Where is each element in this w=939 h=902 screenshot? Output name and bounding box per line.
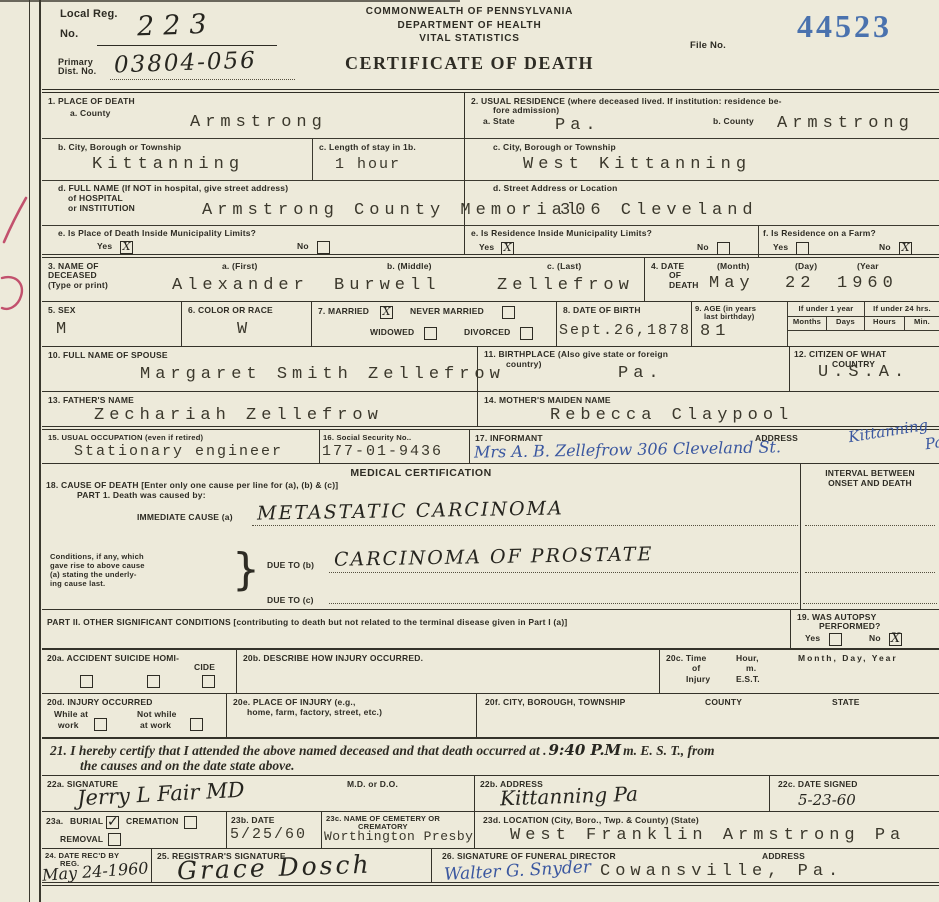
- interval-column: INTERVAL BETWEEN ONSET AND DEATH: [801, 464, 939, 609]
- local-reg-no-label: No.: [60, 28, 78, 41]
- s21-text2: m. E. S. T., from: [623, 743, 714, 758]
- s26-address-value: Cowansville, Pa.: [600, 862, 843, 881]
- s2f-yes-checkbox: [796, 242, 809, 255]
- s4-year-label: (Year: [857, 261, 879, 271]
- s26-signature-value: Walter G. Snyder: [444, 857, 592, 885]
- header: Local Reg. No. 223 Primary Dist. No. 038…: [42, 0, 939, 89]
- s8-label: 8. DATE OF BIRTH: [563, 305, 641, 315]
- local-reg-label: Local Reg.: [60, 8, 118, 21]
- row-physician-signature: 22a. SIGNATURE M.D. or D.O. Jerry L Fair…: [42, 776, 939, 812]
- s2a-label: a. State: [483, 116, 515, 126]
- s3-first-value: Alexander: [172, 276, 309, 295]
- section-23d-location: 23d. LOCATION (City, Boro., Twp. & Count…: [475, 812, 939, 848]
- s17-informant-state: Pa: [924, 433, 939, 454]
- s18-cause-b-line: [329, 572, 798, 573]
- section-26-funeral-director: 26. SIGNATURE OF FUNERAL DIRECTOR ADDRES…: [432, 849, 939, 882]
- section-4-date-of-death: 4. DATE OF DEATH (Month) (Day) (Year May…: [645, 258, 939, 301]
- s23a-cremation-label: CREMATION: [126, 816, 179, 826]
- s10-value: Margaret Smith Zellefrow: [140, 365, 505, 384]
- s15-label: 15. USUAL OCCUPATION (even if retired): [48, 433, 203, 442]
- section-24-date-received: 24. DATE REC'D BY REG. May 24-1960: [42, 849, 152, 882]
- s2-title2: fore admission): [493, 105, 559, 115]
- s11-value: Pa.: [618, 364, 664, 383]
- s16-label: 16. Social Security No..: [323, 433, 411, 442]
- s1c-value: 1 hour: [335, 156, 401, 173]
- s19-yes-checkbox: [829, 633, 842, 646]
- interval-label2: ONSET AND DEATH: [801, 478, 939, 488]
- s1d-label3: or INSTITUTION: [68, 203, 135, 213]
- s7-never-checkbox: [502, 306, 515, 319]
- s20a-accident-checkbox: [80, 675, 93, 688]
- s20c-hour-label: Hour,: [736, 653, 759, 663]
- s23a-cremation-checkbox: [184, 816, 197, 829]
- s20e-label1: 20e. PLACE OF INJURY (e.g.,: [233, 697, 356, 707]
- interval-line-c: [803, 603, 937, 604]
- section-23c-cemetery: 23c. NAME OF CEMETERY OR CREMATORY Worth…: [322, 812, 475, 848]
- s1e-no-label: No: [297, 241, 309, 251]
- s14-label: 14. MOTHER'S MAIDEN NAME: [484, 395, 611, 405]
- s18-cause-b-value: CARCINOMA OF PROSTATE: [334, 543, 654, 571]
- section-16-ssn: 16. Social Security No.. 177-01-9436: [320, 430, 470, 463]
- s22c-label: 22c. DATE SIGNED: [778, 779, 858, 789]
- file-no-label: File No.: [690, 40, 726, 51]
- interval-label1: INTERVAL BETWEEN: [801, 468, 939, 478]
- s4-month-value: May: [709, 274, 755, 293]
- department-line: DEPARTMENT OF HEALTH: [297, 20, 642, 32]
- s16-value: 177-01-9436: [322, 443, 443, 460]
- interval-line-b: [805, 572, 935, 573]
- s21-time-value: 9:40 P.M: [548, 741, 621, 759]
- s2d-label: d. Street Address or Location: [493, 183, 618, 193]
- row-sex-race-married-birth-age: 5. SEX M 6. COLOR OR RACE W 7. MARRIED X…: [42, 302, 939, 347]
- s2b-label: b. County: [713, 116, 754, 126]
- commonwealth-line: COMMONWEALTH OF PENNSYLVANIA: [297, 6, 642, 18]
- s21-text1: 21. I hereby certify that I attended the…: [50, 743, 546, 758]
- s22c-date-value: 5-23-60: [798, 791, 856, 809]
- part2-other-conditions: PART II. OTHER SIGNIFICANT CONDITIONS [c…: [42, 610, 791, 648]
- s23a-removal-label: REMOVAL: [60, 834, 103, 844]
- s6-value: W: [237, 320, 252, 339]
- s9-months-label: Months: [788, 317, 827, 331]
- s3-label2: DECEASED: [48, 270, 97, 280]
- s2d-value: 306 Cleveland: [560, 201, 758, 220]
- s19-no-label: No: [869, 633, 881, 643]
- s1d-label2: of HOSPITAL: [68, 193, 123, 203]
- s18-due-c-label: DUE TO (c): [267, 595, 314, 605]
- s19-label2: PERFORMED?: [819, 621, 881, 631]
- s4-month-label: (Month): [717, 261, 750, 271]
- s7-never-label: NEVER MARRIED: [410, 306, 484, 316]
- s2f-no-label: No: [879, 242, 891, 252]
- s20c-label1: 20c. Time: [666, 653, 706, 663]
- s20a-label-wrap: CIDE: [194, 662, 215, 672]
- s1b-label: b. City, Borough or Township: [58, 142, 181, 152]
- s20f-label: 20f. CITY, BOROUGH, TOWNSHIP: [485, 697, 626, 707]
- s18-conditions3: (a) stating the underly-: [50, 570, 137, 579]
- s5-label: 5. SEX: [48, 305, 76, 315]
- section-9-age: 9. AGE (in years last birthday) 81 If un…: [692, 302, 939, 346]
- s18-label: 18. CAUSE OF DEATH [Enter only one cause…: [46, 480, 338, 490]
- s3-label3: (Type or print): [48, 280, 108, 290]
- s24-label1: 24. DATE REC'D BY: [45, 851, 119, 860]
- s7-widowed-checkbox: [424, 327, 437, 340]
- s23d-label: 23d. LOCATION (City, Boro., Twp. & Count…: [483, 815, 699, 825]
- row-medical-certification: MEDICAL CERTIFICATION 18. CAUSE OF DEATH…: [42, 464, 939, 610]
- s2c-label: c. City, Borough or Township: [493, 142, 616, 152]
- s20d-whileat-label: While at: [54, 709, 88, 719]
- s8-value: Sept.26,1878: [559, 322, 691, 339]
- s18-due-b-label: DUE TO (b): [267, 560, 314, 570]
- s4-day-label: (Day): [795, 261, 817, 271]
- row-part2-autopsy: PART II. OTHER SIGNIFICANT CONDITIONS [c…: [42, 610, 939, 650]
- section-25-registrar-signature: 25. REGISTRAR'S SIGNATURE Grace Dosch: [152, 849, 432, 882]
- section-15-occupation: 15. USUAL OCCUPATION (even if retired) S…: [42, 430, 320, 463]
- row-spouse-birthplace-citizen: 10. FULL NAME OF SPOUSE Margaret Smith Z…: [42, 347, 939, 392]
- s22a-md-label: M.D. or D.O.: [347, 779, 398, 789]
- s1b-value: Kittanning: [92, 155, 244, 174]
- s20b-label: 20b. DESCRIBE HOW INJURY OCCURRED.: [243, 653, 423, 663]
- section-20d-injury-occurred: 20d. INJURY OCCURRED While at work Not w…: [42, 694, 227, 737]
- s12-value: U.S.A.: [818, 363, 909, 382]
- s3a-label: a. (First): [222, 261, 258, 271]
- section-3-name-of-deceased: 3. NAME OF DECEASED (Type or print) a. (…: [42, 258, 645, 301]
- s18-conditions4: ing cause last.: [50, 579, 105, 588]
- row-place-residence: 1. PLACE OF DEATH a. County Armstrong b.…: [42, 93, 939, 258]
- s23a-removal-checkbox: [108, 833, 121, 846]
- s7-married-checkbox: X: [380, 306, 393, 319]
- certificate-form: 1. PLACE OF DEATH a. County Armstrong b.…: [42, 89, 939, 886]
- s25-value: Grace Dosch: [177, 850, 373, 886]
- s1a-label: a. County: [70, 108, 111, 118]
- section-11-birthplace: 11. BIRTHPLACE (Also give state or forei…: [478, 347, 790, 391]
- s1d-value: Armstrong County Memorial: [202, 201, 582, 220]
- s2f-no-checkbox: X: [899, 242, 912, 255]
- s7-divorced-label: DIVORCED: [464, 327, 510, 337]
- dist-no-label: Dist. No.: [58, 66, 96, 77]
- section-20e-place-of-injury: 20e. PLACE OF INJURY (e.g., home, farm, …: [227, 694, 477, 737]
- s1e-no-checkbox: [317, 241, 330, 254]
- s17-informant-value: Mrs A. B. Zellefrow 306 Cleveland St.: [474, 437, 781, 461]
- s24-value: May 24-1960: [41, 858, 149, 884]
- s3-last-value: Zellefrow: [497, 276, 634, 295]
- s13-label: 13. FATHER'S NAME: [48, 395, 134, 405]
- s2a-value: Pa.: [555, 116, 601, 135]
- s20f-county-label: COUNTY: [705, 697, 742, 707]
- s9-days-label: Days: [827, 317, 865, 331]
- s7-married-label: 7. MARRIED: [318, 306, 369, 316]
- s7-widowed-label: WIDOWED: [370, 327, 414, 337]
- s9-under1-label: If under 1 year: [788, 302, 865, 317]
- section-14-mothers-maiden-name: 14. MOTHER'S MAIDEN NAME Rebecca Claypoo…: [478, 392, 939, 426]
- s4-label2: OF: [669, 270, 681, 280]
- s2e-yes-checkbox: X: [501, 242, 514, 255]
- s15-value: Stationary engineer: [74, 443, 283, 460]
- row-name-dateofdeath: 3. NAME OF DECEASED (Type or print) a. (…: [42, 258, 939, 302]
- s2f-yes-label: Yes: [773, 242, 788, 252]
- section-20c-time-of-injury: 20c. Time of Injury Hour, m. E.S.T. Mont…: [660, 650, 939, 693]
- interval-line-a: [805, 525, 935, 526]
- section-12-citizen: 12. CITIZEN OF WHAT COUNTRY U.S.A.: [790, 347, 939, 391]
- medical-certification-title: MEDICAL CERTIFICATION: [42, 467, 800, 480]
- s20e-label2: home, farm, factory, street, etc.): [247, 707, 382, 717]
- s9-value: 81: [700, 322, 730, 341]
- s20d-label: 20d. INJURY OCCURRED: [47, 697, 153, 707]
- s20a-suicide-checkbox: [147, 675, 160, 688]
- s3-middle-value: Burwell: [334, 276, 440, 295]
- section-20a-accident: 20a. ACCIDENT SUICIDE HOMI- CIDE: [42, 650, 237, 693]
- primary-dist-number: 03804-056: [114, 48, 258, 79]
- s11-label2: country): [506, 359, 542, 369]
- section-8-date-of-birth: 8. DATE OF BIRTH Sept.26,1878: [557, 302, 692, 346]
- section-18-cause-of-death: MEDICAL CERTIFICATION 18. CAUSE OF DEATH…: [42, 464, 801, 609]
- s20a-label: 20a. ACCIDENT SUICIDE HOMI-: [47, 653, 179, 663]
- s20c-m-label: m.: [746, 663, 756, 673]
- s20d-atwork-label: at work: [140, 720, 171, 730]
- section-20f-city-county-state: 20f. CITY, BOROUGH, TOWNSHIP COUNTY STAT…: [477, 694, 939, 737]
- s1e-yes-checkbox: X: [120, 241, 133, 254]
- s1e-label: e. Is Place of Death Inside Municipality…: [58, 228, 256, 238]
- s2b-value: Armstrong: [777, 114, 914, 133]
- s20c-label3: Injury: [686, 674, 710, 684]
- row-father-mother: 13. FATHER'S NAME Zechariah Zellefrow 14…: [42, 392, 939, 430]
- section-1-place-of-death: 1. PLACE OF DEATH a. County Armstrong b.…: [42, 93, 465, 254]
- s18-cause-a-value: METASTATIC CARCINOMA: [257, 497, 564, 524]
- s4-label3: DEATH: [669, 280, 699, 290]
- local-reg-number: 223: [136, 9, 216, 43]
- s20c-est-label: E.S.T.: [736, 674, 760, 684]
- section-10-spouse: 10. FULL NAME OF SPOUSE Margaret Smith Z…: [42, 347, 478, 391]
- row-occupation-ssn-informant: 15. USUAL OCCUPATION (even if retired) S…: [42, 430, 939, 464]
- s7-divorced-checkbox: [520, 327, 533, 340]
- s23a-burial-label: BURIAL: [70, 816, 103, 826]
- local-reg-underline: [97, 45, 277, 46]
- s9-min-label: Min.: [905, 317, 939, 331]
- s14-value: Rebecca Claypool: [550, 406, 793, 425]
- section-6-color-or-race: 6. COLOR OR RACE W: [182, 302, 312, 346]
- row-registrar-funeral: 24. DATE REC'D BY REG. May 24-1960 25. R…: [42, 849, 939, 886]
- part2-label: PART II. OTHER SIGNIFICANT CONDITIONS [c…: [47, 617, 782, 627]
- s23b-value: 5/25/60: [230, 826, 307, 843]
- s23a-number: 23a.: [46, 816, 63, 826]
- s22b-address-value: Kittanning Pa: [500, 782, 639, 811]
- s1e-yes-label: Yes: [97, 241, 112, 251]
- row-burial-cemetery: 23a. BURIAL ✓ CREMATION REMOVAL 23b. DAT…: [42, 812, 939, 849]
- s21-text3: the causes and on the date state above.: [80, 758, 295, 774]
- s1c-label: c. Length of stay in 1b.: [319, 142, 416, 152]
- s23a-burial-checkbox: ✓: [106, 816, 119, 829]
- section-7-marital-status: 7. MARRIED X NEVER MARRIED WIDOWED DIVOR…: [312, 302, 557, 346]
- s18-conditions1: Conditions, if any, which: [50, 552, 144, 561]
- s26-address-label: ADDRESS: [762, 851, 805, 861]
- section-2-usual-residence: 2. USUAL RESIDENCE (where deceased lived…: [465, 93, 939, 254]
- s20c-label2: of: [692, 663, 700, 673]
- s2e-label: e. Is Residence Inside Municipality Limi…: [471, 228, 652, 238]
- s20d-whileatwork-checkbox: [94, 718, 107, 731]
- section-23a-burial: 23a. BURIAL ✓ CREMATION REMOVAL: [42, 812, 227, 848]
- s20c-monthdayyear-label: Month, Day, Year: [798, 653, 898, 663]
- s9-under24-label: If under 24 hrs.: [865, 302, 939, 317]
- s12-label1: 12. CITIZEN OF WHAT: [794, 349, 886, 359]
- s18-cause-c-line: [329, 603, 798, 604]
- section-19-autopsy: 19. WAS AUTOPSY PERFORMED? Yes No X: [791, 610, 939, 648]
- red-pen-margin-marks: [0, 180, 30, 330]
- s2e-no-checkbox: [717, 242, 730, 255]
- s20d-notwhileatwork-checkbox: [190, 718, 203, 731]
- section-5-sex: 5. SEX M: [42, 302, 182, 346]
- s20d-work-label: work: [58, 720, 79, 730]
- s9-label2: last birthday): [704, 312, 754, 321]
- s3b-label: b. (Middle): [387, 261, 432, 271]
- certificate-title: CERTIFICATE OF DEATH: [297, 53, 642, 74]
- section-13-fathers-name: 13. FATHER'S NAME Zechariah Zellefrow: [42, 392, 478, 426]
- vital-statistics-line: VITAL STATISTICS: [297, 33, 642, 45]
- header-center: COMMONWEALTH OF PENNSYLVANIA DEPARTMENT …: [297, 6, 642, 74]
- s20d-notwhile-label: Not while: [137, 709, 177, 719]
- s19-yes-label: Yes: [805, 633, 820, 643]
- s18-brace: }: [232, 544, 260, 595]
- s2e-no-label: No: [697, 242, 709, 252]
- s5-value: M: [56, 320, 71, 339]
- s1d-label1: d. FULL NAME (If NOT in hospital, give s…: [58, 183, 288, 193]
- s18-immediate-cause-label: IMMEDIATE CAUSE (a): [137, 512, 233, 522]
- row-accident-injury: 20a. ACCIDENT SUICIDE HOMI- CIDE 20b. DE…: [42, 650, 939, 694]
- primary-dist-underline: [110, 79, 295, 80]
- s18-conditions2: gave rise to above cause: [50, 561, 145, 570]
- row-injury-location: 20d. INJURY OCCURRED While at work Not w…: [42, 694, 939, 739]
- section-20b-describe-injury: 20b. DESCRIBE HOW INJURY OCCURRED.: [237, 650, 660, 693]
- s2f-label: f. Is Residence on a Farm?: [763, 228, 876, 238]
- s11-label1: 11. BIRTHPLACE (Also give state or forei…: [484, 349, 668, 359]
- s1-title: 1. PLACE OF DEATH: [48, 96, 135, 106]
- section-23b-date: 23b. DATE 5/25/60: [227, 812, 322, 848]
- s18-part1-label: PART 1. Death was caused by:: [77, 490, 206, 500]
- section-22c-date-signed: 22c. DATE SIGNED 5-23-60: [770, 776, 939, 811]
- s19-no-checkbox: X: [889, 633, 902, 646]
- death-certificate-scan: Local Reg. No. 223 Primary Dist. No. 038…: [0, 0, 939, 902]
- s23b-label: 23b. DATE: [231, 815, 275, 825]
- s2e-yes-label: Yes: [479, 242, 494, 252]
- s6-label: 6. COLOR OR RACE: [188, 305, 273, 315]
- s23d-value: West Franklin Armstrong Pa: [510, 826, 905, 845]
- section-17-informant: 17. INFORMANT ADDRESS Mrs A. B. Zellefro…: [470, 430, 939, 463]
- s1a-value: Armstrong: [190, 113, 327, 132]
- s4-year-value: 1960: [837, 274, 898, 293]
- s4-day-value: 22: [785, 274, 815, 293]
- s9-hours-label: Hours: [865, 317, 905, 331]
- s10-label: 10. FULL NAME OF SPOUSE: [48, 350, 168, 360]
- s2c-value: West Kittanning: [523, 155, 751, 174]
- s20a-homicide-checkbox: [202, 675, 215, 688]
- s18-cause-a-line: [252, 525, 798, 526]
- s23c-value: Worthington Presby: [324, 829, 473, 844]
- section-22a-signature: 22a. SIGNATURE M.D. or D.O. Jerry L Fair…: [42, 776, 475, 811]
- section-22b-address: 22b. ADDRESS Kittanning Pa: [475, 776, 770, 811]
- row-certify-statement: 21. I hereby certify that I attended the…: [42, 739, 939, 776]
- certificate-left-border: [29, 0, 41, 902]
- s3c-label: c. (Last): [547, 261, 581, 271]
- s20f-state-label: STATE: [832, 697, 860, 707]
- s13-value: Zechariah Zellefrow: [94, 406, 383, 425]
- section-21-certification: 21. I hereby certify that I attended the…: [42, 739, 939, 775]
- certificate-stamp-number: 44523: [797, 8, 892, 45]
